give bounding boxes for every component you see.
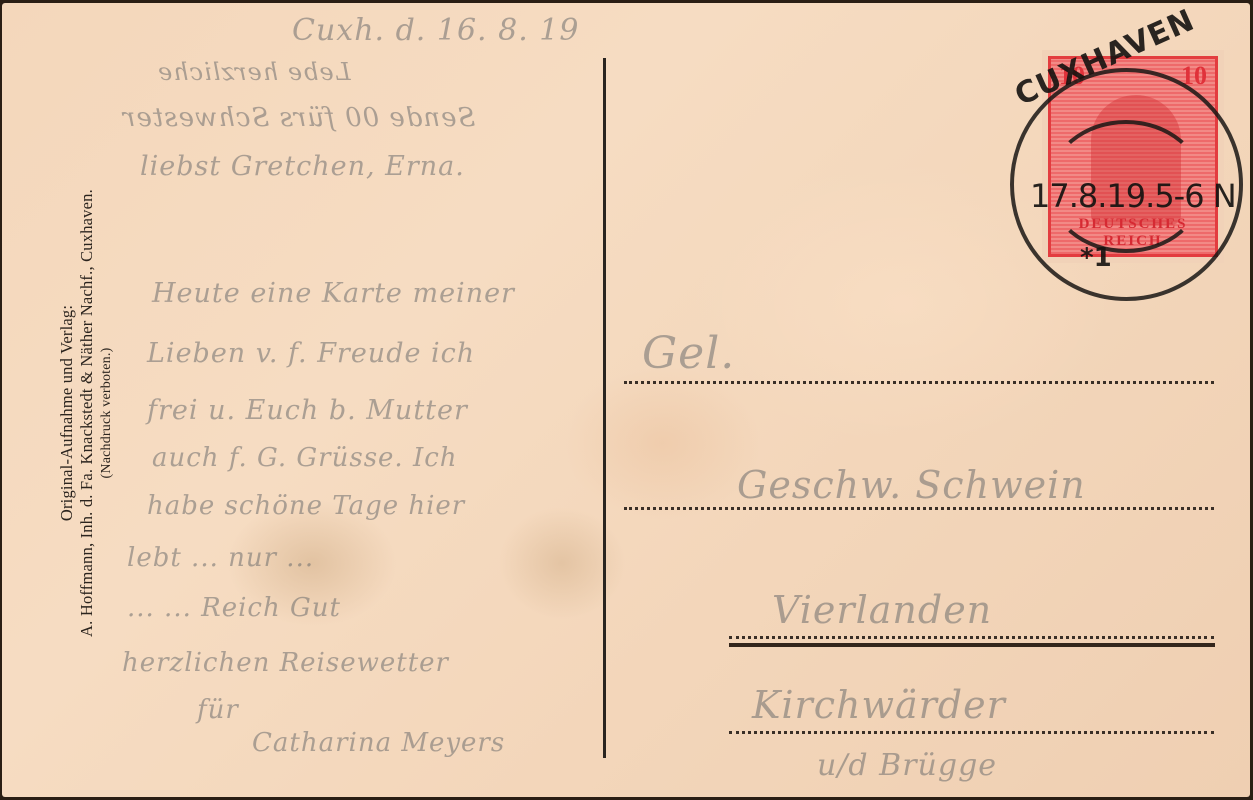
message-mirrored-line: Sende 00 fürs Schwester [122,103,475,133]
address-salutation: Gel. [642,328,735,379]
postcard-back: Original-Aufnahme und Verlag: A. Hoffman… [2,3,1250,797]
center-divider [603,58,606,758]
message-line: herzlichen Reisewetter [122,648,449,678]
address-line-1 [624,381,1214,384]
message-mirrored-line: liebst Gretchen, Erna. [140,151,465,182]
postmark-date: 17.8.19.5-6 N [1030,177,1236,215]
imprint-line-1: Original-Aufnahme und Verlag: [57,73,77,753]
message-date: Cuxh. d. 16. 8. 19 [292,13,579,48]
address-note: u/d Brügge [817,748,997,783]
address-region: Vierlanden [772,588,992,632]
imprint-line-3: (Nachdruck verboten.) [97,73,117,753]
message-line: auch f. G. Grüsse. Ich [152,443,458,473]
destination-underline [729,643,1215,647]
message-line: Lieben v. f. Freude ich [147,338,475,369]
address-line-2 [624,507,1214,510]
message-line: für [197,695,239,725]
message-line: Heute eine Karte meiner [152,278,515,309]
address-line-4 [729,731,1214,734]
message-line: frei u. Euch b. Mutter [147,395,468,426]
address-town: Kirchwärder [752,683,1006,727]
address-name: Geschw. Schwein [737,463,1086,507]
imprint-line-2: A. Hoffmann, Inh. d. Fa. Knackstedt & Nä… [77,73,97,753]
address-line-3 [729,636,1214,639]
message-line: lebt ... nur ... [127,543,314,573]
message-line: ... ... Reich Gut [127,593,341,623]
message-line: habe schöne Tage hier [147,491,465,521]
postmark-suffix: *1 [1080,243,1112,273]
signature: Catharina Meyers [252,728,505,758]
message-mirrored-line: Lebe herzliche [157,58,351,86]
publisher-imprint: Original-Aufnahme und Verlag: A. Hoffman… [57,73,117,753]
